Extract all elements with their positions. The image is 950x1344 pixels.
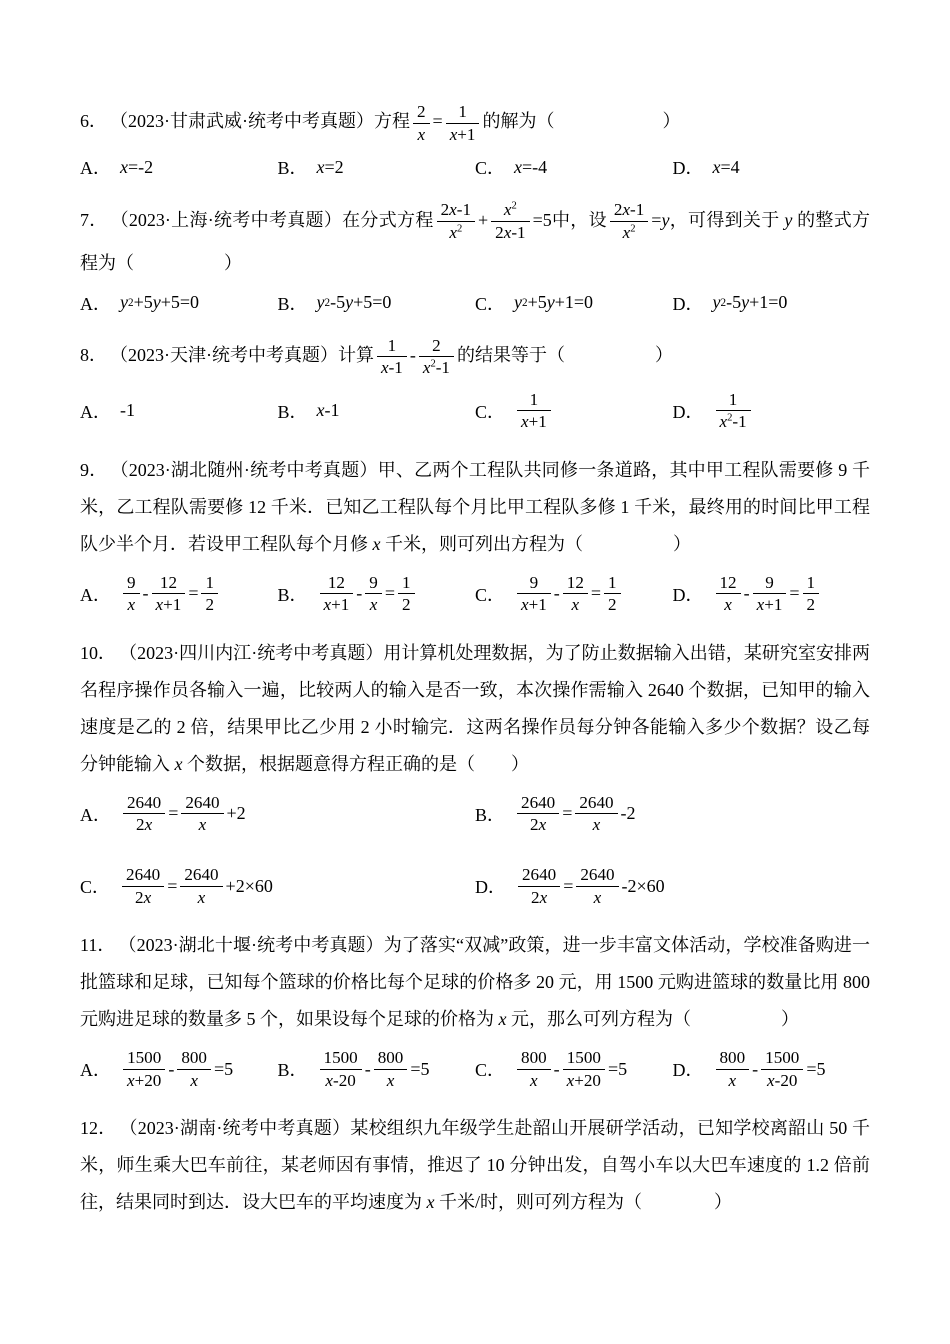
option-expression: 26402x=2640x+2 [120, 791, 246, 837]
question-number: 7． [80, 210, 108, 230]
option-expression: 26402x=2640x-2×60 [515, 863, 665, 909]
options-row: A．1500x+20-800x=5 B．1500x-20-800x=5 C．80… [80, 1046, 870, 1092]
fraction: 1x+1 [517, 390, 551, 432]
option-label: D． [673, 154, 704, 180]
question-block: 11．（2023·湖北十堰·统考中考真题）为了落实“双减”政策，进一步丰富文体活… [80, 927, 870, 1092]
option-label: B． [278, 581, 308, 607]
question-text: （2023·天津·统考中考真题）计算1x-1-2x2-1的结果等于（ ） [119, 345, 673, 365]
answer-option: D．1x2-1 [673, 388, 871, 434]
fraction: 1500x-20 [761, 1048, 803, 1090]
answer-option: A．y2+5y+5=0 [80, 290, 278, 316]
question-number: 8． [80, 345, 107, 365]
fraction: 2x2-1 [419, 336, 454, 378]
fraction: 1x2-1 [716, 390, 751, 432]
question-text: （2023·甘肃武威·统考中考真题）方程2x=1x+1的解为（ ） [119, 111, 680, 131]
fraction: 26402x [518, 865, 560, 907]
fraction: 800x [177, 1048, 211, 1090]
question-number: 12． [80, 1118, 116, 1138]
answer-option: A．x=-2 [80, 154, 278, 180]
answer-option: C．9x+1-12x=12 [475, 571, 673, 617]
answer-option: B．1500x-20-800x=5 [278, 1046, 476, 1092]
question-stem: 11．（2023·湖北十堰·统考中考真题）为了落实“双减”政策，进一步丰富文体活… [80, 927, 870, 1038]
option-label: B． [475, 801, 505, 827]
fraction: x22x-1 [491, 200, 529, 242]
option-expression: y2+5y+1=0 [514, 292, 593, 313]
fraction: 1500x+20 [563, 1048, 605, 1090]
question-text: （2023·湖北随州·统考中考真题）甲、乙两个工程队共同修一条道路，其中甲工程队… [80, 460, 870, 554]
fraction: 12x [563, 573, 588, 615]
document-page: 6．（2023·甘肃武威·统考中考真题）方程2x=1x+1的解为（ ） A．x=… [0, 0, 950, 1344]
option-expression: 9x-12x+1=12 [120, 571, 221, 617]
answer-option: B．12x+1-9x=12 [278, 571, 476, 617]
question-block: 12．（2023·湖南·统考中考真题）某校组织九年级学生赴韶山开展研学活动，已知… [80, 1110, 870, 1221]
fraction: 9x [365, 573, 382, 615]
fraction: 2640x [576, 865, 618, 907]
options-row: A．x=-2 B．x=2 C．x=-4 D．x=4 [80, 154, 870, 180]
answer-option: C．x=-4 [475, 154, 673, 180]
answer-option: C．26402x=2640x+2×60 [80, 863, 475, 909]
option-label: D． [475, 873, 506, 899]
option-expression: 26402x=2640x+2×60 [119, 863, 273, 909]
answer-option: C．1x+1 [475, 388, 673, 434]
option-label: C． [475, 1056, 505, 1082]
fraction: 2640x [181, 793, 223, 835]
option-expression: x=-4 [514, 157, 547, 178]
option-expression: x=-2 [120, 157, 153, 178]
fraction: 2x-1x2 [437, 200, 475, 242]
options-row: A．y2+5y+5=0 B．y2-5y+5=0 C．y2+5y+1=0 D．y2… [80, 290, 870, 316]
option-label: D． [673, 398, 704, 424]
answer-option: A．1500x+20-800x=5 [80, 1046, 278, 1092]
option-expression: 12x+1-9x=12 [317, 571, 418, 617]
fraction: 12 [398, 573, 415, 615]
question-block: 10．（2023·四川内江·统考中考真题）用计算机处理数据，为了防止数据输入出错… [80, 635, 870, 909]
fraction: 26402x [122, 865, 164, 907]
question-stem: 10．（2023·四川内江·统考中考真题）用计算机处理数据，为了防止数据输入出错… [80, 635, 870, 783]
option-expression: 1500x-20-800x=5 [317, 1046, 430, 1092]
option-expression: 26402x=2640x-2 [514, 791, 636, 837]
question-number: 9． [80, 460, 107, 480]
fraction: 12 [604, 573, 621, 615]
option-expression: y2-5y+5=0 [317, 292, 392, 313]
question-text: （2023·湖南·统考中考真题）某校组织九年级学生赴韶山开展研学活动，已知学校离… [80, 1118, 870, 1212]
option-label: A． [80, 581, 111, 607]
fraction: 800x [374, 1048, 408, 1090]
answer-option: B．26402x=2640x-2 [475, 791, 870, 837]
option-label: B． [278, 154, 308, 180]
answer-option: C．800x-1500x+20=5 [475, 1046, 673, 1092]
fraction: 12 [201, 573, 218, 615]
fraction: 800x [716, 1048, 750, 1090]
option-expression: x=2 [317, 157, 344, 178]
answer-option: B．x=2 [278, 154, 476, 180]
fraction: 1500x+20 [123, 1048, 165, 1090]
answer-option: D．x=4 [673, 154, 871, 180]
question-number: 11． [80, 935, 116, 955]
option-expression: 800x-1500x-20=5 [713, 1046, 826, 1092]
question-text: （2023·湖北十堰·统考中考真题）为了落实“双减”政策，进一步丰富文体活动，学… [80, 935, 870, 1029]
question-stem: 6．（2023·甘肃武威·统考中考真题）方程2x=1x+1的解为（ ） [80, 100, 870, 146]
option-expression: y2-5y+1=0 [713, 292, 788, 313]
fraction: 9x+1 [753, 573, 787, 615]
answer-option: A．26402x=2640x+2 [80, 791, 475, 837]
answer-option: C．y2+5y+1=0 [475, 290, 673, 316]
fraction: 12x+1 [320, 573, 354, 615]
question-block: 9．（2023·湖北随州·统考中考真题）甲、乙两个工程队共同修一条道路，其中甲工… [80, 452, 870, 617]
option-expression: 9x+1-12x=12 [514, 571, 624, 617]
answer-option: B．x-1 [278, 398, 476, 424]
fraction: 12x+1 [152, 573, 186, 615]
option-expression: 1500x+20-800x=5 [120, 1046, 233, 1092]
fraction: 2640x [180, 865, 222, 907]
options-row: A．9x-12x+1=12 B．12x+1-9x=12 C．9x+1-12x=1… [80, 571, 870, 617]
option-label: A． [80, 801, 111, 827]
answer-option: D．800x-1500x-20=5 [673, 1046, 871, 1092]
answer-option: D．y2-5y+1=0 [673, 290, 871, 316]
fraction: 26402x [517, 793, 559, 835]
fraction: 9x+1 [517, 573, 551, 615]
answer-option: A．-1 [80, 398, 278, 424]
fraction: 9x [123, 573, 140, 615]
option-label: B． [278, 1056, 308, 1082]
answer-option: A．9x-12x+1=12 [80, 571, 278, 617]
fraction: 12 [803, 573, 820, 615]
option-label: B． [278, 398, 308, 424]
option-label: C． [80, 873, 110, 899]
option-expression: x=4 [713, 157, 740, 178]
option-expression: 800x-1500x+20=5 [514, 1046, 627, 1092]
option-label: A． [80, 290, 111, 316]
fraction: 2x [413, 102, 430, 144]
question-text: （2023·上海·统考中考真题）在分式方程2x-1x2+x22x-1=5中，设2… [80, 210, 870, 273]
question-stem: 12．（2023·湖南·统考中考真题）某校组织九年级学生赴韶山开展研学活动，已知… [80, 1110, 870, 1221]
answer-option: D．26402x=2640x-2×60 [475, 863, 870, 909]
option-expression: x-1 [317, 400, 340, 421]
question-number: 10． [80, 643, 116, 663]
fraction: 12x [716, 573, 741, 615]
answer-option: D．12x-9x+1=12 [673, 571, 871, 617]
fraction: 1x+1 [446, 102, 480, 144]
fraction: 1x-1 [377, 336, 407, 378]
fraction: 1500x-20 [320, 1048, 362, 1090]
question-stem: 9．（2023·湖北随州·统考中考真题）甲、乙两个工程队共同修一条道路，其中甲工… [80, 452, 870, 563]
option-label: C． [475, 154, 505, 180]
question-block: 6．（2023·甘肃武威·统考中考真题）方程2x=1x+1的解为（ ） A．x=… [80, 100, 870, 180]
option-expression: y2+5y+5=0 [120, 292, 199, 313]
option-expression: 12x-9x+1=12 [713, 571, 823, 617]
question-block: 8．（2023·天津·统考中考真题）计算1x-1-2x2-1的结果等于（ ） A… [80, 334, 870, 435]
fraction: 26402x [123, 793, 165, 835]
option-expression: 1x+1 [514, 388, 554, 434]
question-stem: 8．（2023·天津·统考中考真题）计算1x-1-2x2-1的结果等于（ ） [80, 334, 870, 380]
question-list: 6．（2023·甘肃武威·统考中考真题）方程2x=1x+1的解为（ ） A．x=… [80, 100, 870, 1221]
option-label: A． [80, 154, 111, 180]
option-label: C． [475, 398, 505, 424]
answer-option: B．y2-5y+5=0 [278, 290, 476, 316]
options-row: A．-1 B．x-1 C．1x+1 D．1x2-1 [80, 388, 870, 434]
fraction: 800x [517, 1048, 551, 1090]
question-block: 7．（2023·上海·统考中考真题）在分式方程2x-1x2+x22x-1=5中，… [80, 198, 870, 315]
option-label: D． [673, 1056, 704, 1082]
question-stem: 7．（2023·上海·统考中考真题）在分式方程2x-1x2+x22x-1=5中，… [80, 198, 870, 281]
option-label: D． [673, 290, 704, 316]
option-expression: -1 [120, 400, 135, 421]
option-label: A． [80, 1056, 111, 1082]
options-row: A．26402x=2640x+2 B．26402x=2640x-2 C．2640… [80, 791, 870, 910]
option-label: D． [673, 581, 704, 607]
option-label: B． [278, 290, 308, 316]
fraction: 2x-1x2 [610, 200, 648, 242]
question-number: 6． [80, 111, 107, 131]
fraction: 2640x [575, 793, 617, 835]
option-label: A． [80, 398, 111, 424]
option-expression: 1x2-1 [713, 388, 754, 434]
option-label: C． [475, 290, 505, 316]
question-text: （2023·四川内江·统考中考真题）用计算机处理数据，为了防止数据输入出错，某研… [80, 643, 870, 774]
option-label: C． [475, 581, 505, 607]
